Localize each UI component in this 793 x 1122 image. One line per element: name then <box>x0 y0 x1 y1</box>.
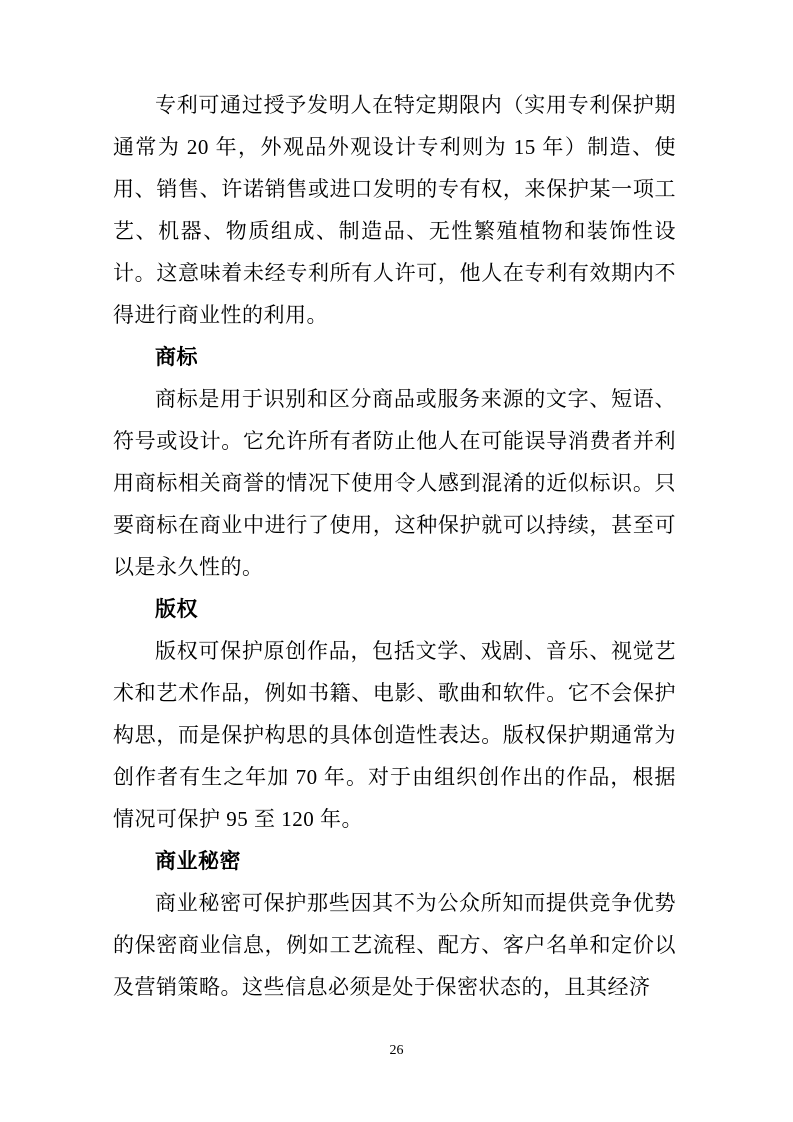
paragraph-copyright: 版权可保护原创作品，包括文学、戏剧、音乐、视觉艺术和艺术作品，例如书籍、电影、歌… <box>113 630 676 840</box>
paragraph-trade-secret: 商业秘密可保护那些因其不为公众所知而提供竞争优势的保密商业信息，例如工艺流程、配… <box>113 882 676 1008</box>
page-footer: 26 <box>0 1042 793 1060</box>
paragraph-trademark: 商标是用于识别和区分商品或服务来源的文字、短语、符号或设计。它允许所有者防止他人… <box>113 378 676 588</box>
paragraph-patent: 专利可通过授予发明人在特定期限内（实用专利保护期通常为 20 年，外观品外观设计… <box>113 84 676 336</box>
page-number: 26 <box>390 1043 404 1058</box>
section-heading-trademark: 商标 <box>113 336 676 378</box>
section-heading-copyright: 版权 <box>113 588 676 630</box>
document-page: 专利可通过授予发明人在特定期限内（实用专利保护期通常为 20 年，外观品外观设计… <box>0 0 793 1122</box>
section-heading-trade-secret: 商业秘密 <box>113 840 676 882</box>
document-body: 专利可通过授予发明人在特定期限内（实用专利保护期通常为 20 年，外观品外观设计… <box>113 84 676 1008</box>
